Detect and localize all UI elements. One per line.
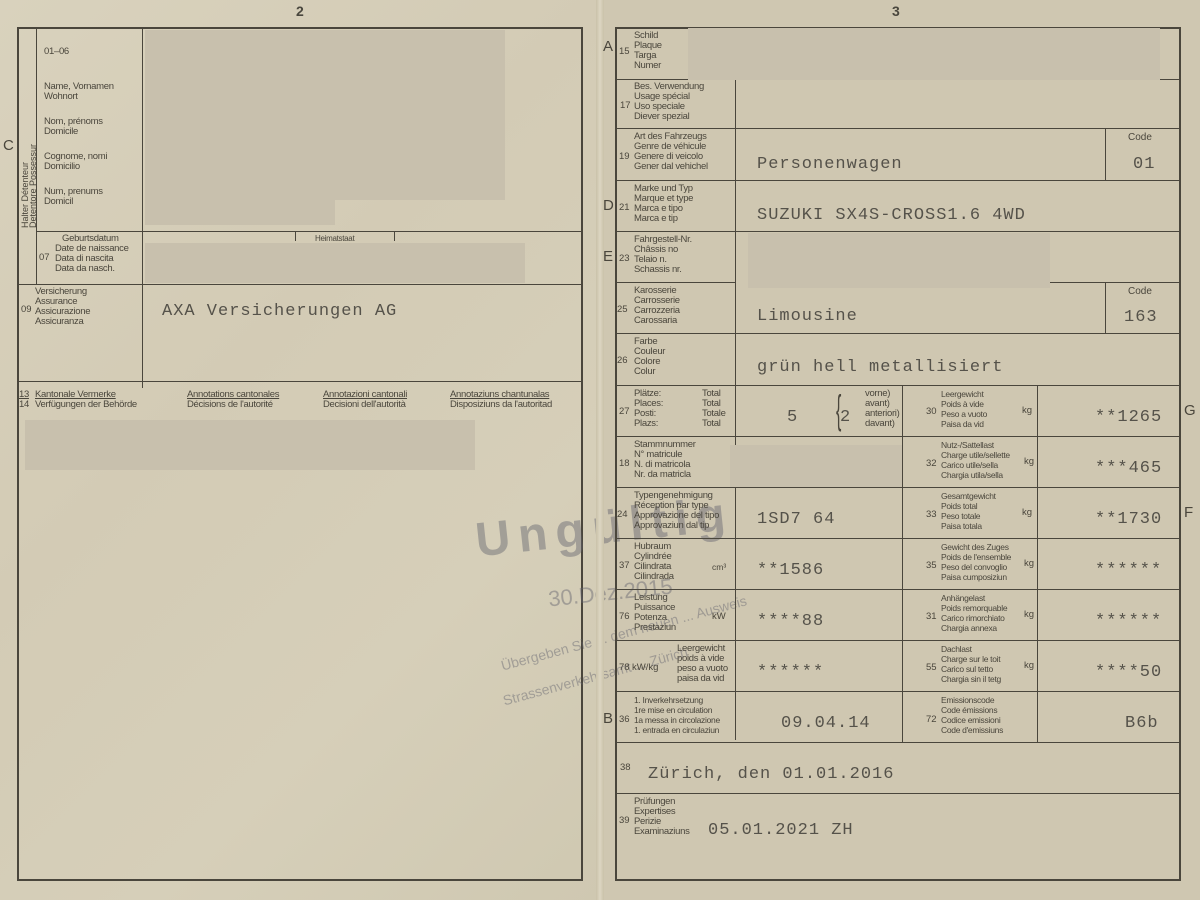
roof-load-label-it: Carico sul tetto xyxy=(941,664,993,674)
empty-weight-label-de: Leergewicht xyxy=(941,389,984,399)
empty-weight-label-fr: Poids à vide xyxy=(941,399,984,409)
plate-redacted xyxy=(688,28,1160,80)
seats-total-value: 5 xyxy=(787,408,798,427)
first-registration-label-fr: 1re mise en circulation xyxy=(634,705,712,715)
vehicle-type-label-rm: Gener dal vehichel xyxy=(634,162,708,172)
total-weight-number: 33 xyxy=(926,509,937,520)
train-weight-label-fr: Poids de l'ensemble xyxy=(941,552,1011,562)
power-value: ****88 xyxy=(757,612,824,631)
color-value: grün hell metallisiert xyxy=(757,358,1003,377)
first-registration-number: 36 xyxy=(619,714,630,725)
roof-load-number: 55 xyxy=(926,662,937,673)
vehicle-type-code-label: Code xyxy=(1128,132,1152,143)
body-code-label: Code xyxy=(1128,286,1152,297)
train-weight-label-de: Gewicht des Zuges xyxy=(941,542,1009,552)
train-weight-number: 35 xyxy=(926,560,937,571)
total-weight-label-de: Gesamtgewicht xyxy=(941,491,996,501)
train-weight-label-it: Peso del convoglio xyxy=(941,562,1007,572)
type-approval-value: 1SD7 64 xyxy=(757,510,835,529)
chassis-number: 23 xyxy=(619,253,630,264)
first-registration-label-rm: 1. entrada en circulaziun xyxy=(634,725,719,735)
marker-d: D xyxy=(603,197,614,214)
trailer-load-label-de: Anhängelast xyxy=(941,593,985,603)
payload-label-de: Nutz-/Sattellast xyxy=(941,440,994,450)
matriculation-label-rm: Nr. da matricla xyxy=(634,470,691,480)
marker-b: B xyxy=(603,710,613,727)
emission-code-label-fr: Code émissions xyxy=(941,705,997,715)
roof-load-label-de: Dachlast xyxy=(941,644,972,654)
body-code: 163 xyxy=(1124,308,1158,327)
payload-unit: kg xyxy=(1024,456,1034,467)
plate-number: 15 xyxy=(619,46,630,57)
total-weight-unit: kg xyxy=(1022,507,1032,518)
emission-code-number: 72 xyxy=(926,714,937,725)
emission-code-label-it: Codice emissioni xyxy=(941,715,1000,725)
marker-f: F xyxy=(1184,504,1193,521)
issued-number: 38 xyxy=(620,762,631,773)
special-use-label-rm: Diever spezial xyxy=(634,112,689,122)
displacement-label-rm: Cilindrada xyxy=(634,572,674,582)
trailer-load-label-fr: Poids remorquable xyxy=(941,603,1007,613)
empty-weight-label-it: Peso a vuoto xyxy=(941,409,987,419)
body-label-rm: Carossaria xyxy=(634,316,677,326)
train-weight-value: ****** xyxy=(1095,561,1162,580)
plate-label-rm: Numer xyxy=(634,61,661,71)
matriculation-number: 18 xyxy=(619,458,630,469)
total-weight-label-it: Peso totale xyxy=(941,511,980,521)
train-weight-unit: kg xyxy=(1024,558,1034,569)
power-weight-unit: kW/kg xyxy=(632,662,658,673)
chassis-redacted xyxy=(748,233,1050,288)
payload-label-it: Carico utile/sella xyxy=(941,460,998,470)
roof-load-value: ****50 xyxy=(1095,663,1162,682)
roof-load-label-fr: Charge sur le toit xyxy=(941,654,1000,664)
chassis-label-rm: Schassis nr. xyxy=(634,265,682,275)
displacement-unit: cm³ xyxy=(712,562,726,572)
empty-weight-unit: kg xyxy=(1022,405,1032,416)
color-number: 26 xyxy=(617,355,628,366)
trailer-load-label-it: Carico rimorchiato xyxy=(941,613,1005,623)
power-label-rm: Prestaziun xyxy=(634,623,676,633)
displacement-number: 37 xyxy=(619,560,630,571)
power-number: 76 xyxy=(619,611,630,622)
total-weight-label-rm: Paisa totala xyxy=(941,521,982,531)
inspections-label-rm: Examinaziuns xyxy=(634,827,690,837)
train-weight-label-rm: Paisa cumposiziun xyxy=(941,572,1007,582)
empty-weight-number: 30 xyxy=(926,406,937,417)
type-approval-number: 24 xyxy=(617,509,628,520)
matriculation-redacted xyxy=(730,445,902,487)
type-approval-label-rm: Approvaziun dal tip xyxy=(634,521,709,531)
body-value: Limousine xyxy=(757,307,858,326)
vehicle-type-number: 19 xyxy=(619,151,630,162)
displacement-value: **1586 xyxy=(757,561,824,580)
body-number: 25 xyxy=(617,304,628,315)
right-form: A D E B G F 15 Schild Plaque Targa Numer… xyxy=(0,0,1200,900)
vehicle-type-code: 01 xyxy=(1133,155,1155,174)
seats-front-label-4: davant) xyxy=(865,419,895,429)
payload-label-fr: Charge utile/sellette xyxy=(941,450,1010,460)
make-label-rm: Marca e tip xyxy=(634,214,678,224)
total-weight-value: **1730 xyxy=(1095,510,1162,529)
emission-code-value: B6b xyxy=(1125,714,1159,733)
first-registration-value: 09.04.14 xyxy=(781,714,871,733)
power-unit: kW xyxy=(712,611,726,622)
marker-a: A xyxy=(603,38,613,55)
trailer-load-value: ****** xyxy=(1095,612,1162,631)
inspections-number: 39 xyxy=(619,815,630,826)
empty-weight-label-rm: Paisa da vid xyxy=(941,419,984,429)
first-registration-label-de: 1. Inverkehrsetzung xyxy=(634,695,703,705)
make-number: 21 xyxy=(619,202,630,213)
roof-load-label-rm: Chargia sin il tetg xyxy=(941,674,1001,684)
seats-number: 27 xyxy=(619,406,630,417)
first-registration-label-it: 1a messa in circolazione xyxy=(634,715,720,725)
payload-label-rm: Chargia utila/sella xyxy=(941,470,1003,480)
special-use-number: 17 xyxy=(620,100,631,111)
seats-total-label-4: Total xyxy=(702,419,721,429)
seats-front-value: 2 xyxy=(840,408,851,427)
trailer-load-label-rm: Chargia annexa xyxy=(941,623,997,633)
emission-code-label-rm: Code d'emissiuns xyxy=(941,725,1003,735)
empty-weight-value: **1265 xyxy=(1095,408,1162,427)
trailer-load-unit: kg xyxy=(1024,609,1034,620)
color-label-rm: Colur xyxy=(634,367,655,377)
roof-load-unit: kg xyxy=(1024,660,1034,671)
payload-value: ***465 xyxy=(1095,459,1162,478)
trailer-load-number: 31 xyxy=(926,611,937,622)
marker-e: E xyxy=(603,248,613,265)
make-model-value: SUZUKI SX4S-CROSS1.6 4WD xyxy=(757,206,1026,225)
marker-g: G xyxy=(1184,402,1196,419)
inspections-value: 05.01.2021 ZH xyxy=(708,821,854,840)
total-weight-label-fr: Poids total xyxy=(941,501,977,511)
emission-code-label-de: Emissionscode xyxy=(941,695,994,705)
power-weight-label-4: paisa da vid xyxy=(677,674,724,684)
issued-value: Zürich, den 01.01.2016 xyxy=(648,765,894,784)
power-weight-value: ****** xyxy=(757,663,824,682)
vehicle-type-value: Personenwagen xyxy=(757,155,903,174)
seats-label-rm: Plazs: xyxy=(634,419,658,429)
power-weight-number: 78 xyxy=(619,662,630,673)
payload-number: 32 xyxy=(926,458,937,469)
